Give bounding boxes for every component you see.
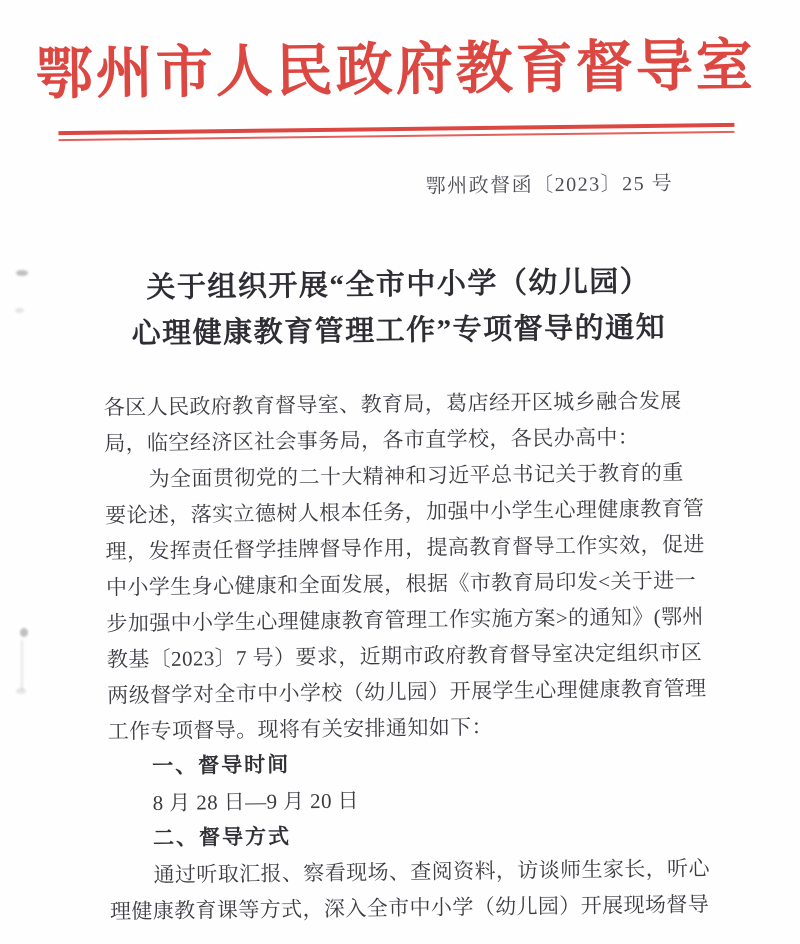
letterhead-divider	[58, 123, 734, 141]
document-title: 关于组织开展“全市中小学（幼儿园） 心理健康教育管理工作”专项督导的通知	[0, 257, 799, 359]
document-title-line-2: 心理健康教育管理工作”专项督导的通知	[0, 303, 799, 359]
scan-artifact-speck	[15, 308, 24, 313]
document-number: 鄂州政督函〔2023〕25 号	[425, 167, 673, 199]
scan-artifact-speck	[16, 688, 26, 694]
scan-artifact-streak	[21, 640, 23, 690]
letterhead-org-name: 鄂州市人民政府教育督导室	[0, 29, 796, 113]
scanned-document-page: 鄂州市人民政府教育督导室 鄂州政督函〔2023〕25 号 关于组织开展“全市中小…	[0, 0, 800, 944]
body-line: 理健康教育课等方式，深入全市中小学（幼儿园）开展现场督导	[110, 886, 730, 930]
body-line: 两级督学对全市中小学校（幼儿园）开展学生心理健康教育管理	[107, 670, 727, 714]
document-scan-tilt-wrapper: 鄂州市人民政府教育督导室 鄂州政督函〔2023〕25 号 关于组织开展“全市中小…	[0, 0, 800, 944]
document-body: 各区人民政府教育督导室、教育局，葛店经开区城乡融合发展局，临空经济区社会事务局，…	[104, 382, 731, 930]
scan-artifact-speck	[16, 270, 28, 276]
scan-artifact-speck	[20, 628, 28, 637]
